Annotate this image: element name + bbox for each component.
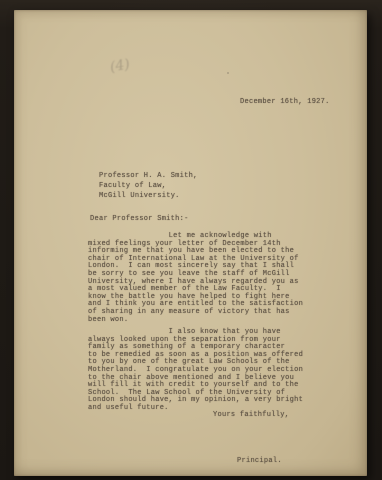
salutation-line: Dear Professor Smith:-: [90, 216, 189, 224]
letter-date: December 16th, 1927.: [240, 99, 330, 107]
pencil-annotation: (4): [109, 56, 131, 75]
paper-speck: [227, 72, 229, 74]
body-paragraph-1: Let me acknowledge with mixed feelings y…: [88, 233, 303, 324]
signature-title: Principal.: [237, 458, 282, 466]
photo-background: (4) December 16th, 1927. Professor H. A.…: [0, 0, 382, 480]
recipient-address: Professor H. A. Smith, Faculty of Law, M…: [99, 171, 198, 201]
letter-page: (4) December 16th, 1927. Professor H. A.…: [14, 10, 367, 476]
closing-line: Yours faithfully,: [213, 412, 289, 420]
body-paragraph-2: I also know that you have always looked …: [88, 329, 303, 413]
